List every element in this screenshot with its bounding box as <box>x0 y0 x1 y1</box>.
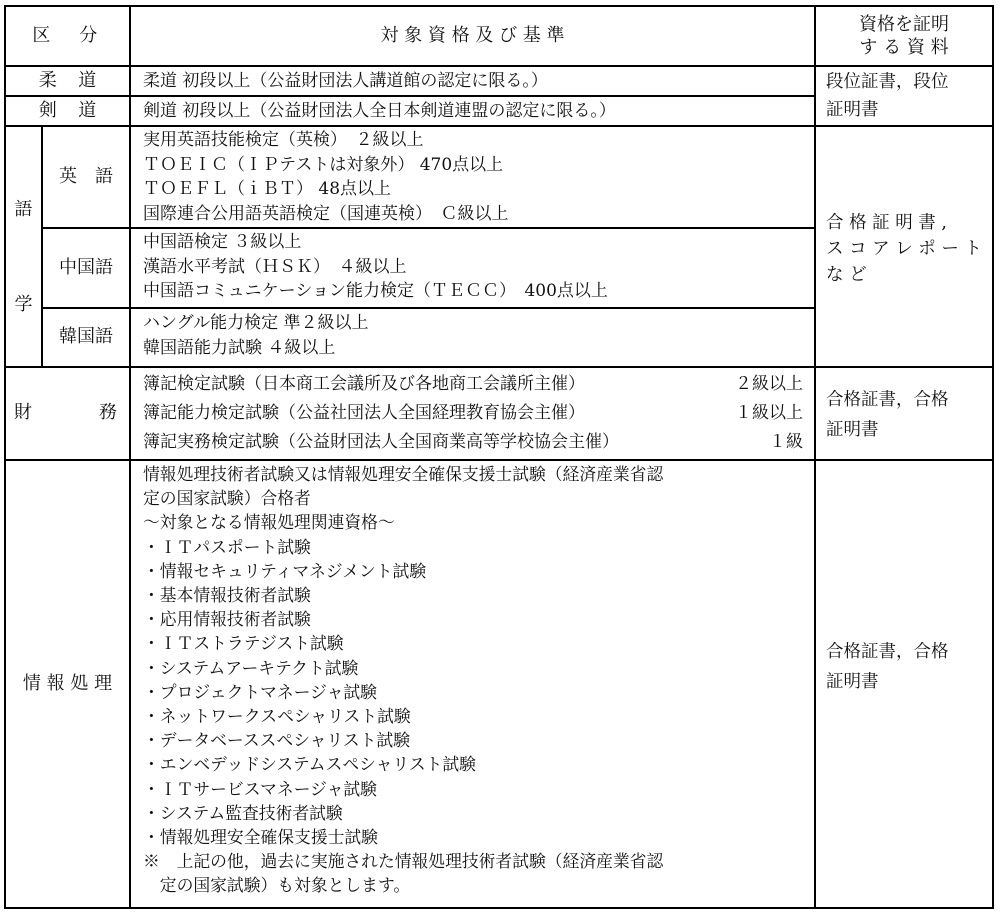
chinese-label: 中国語 <box>43 229 129 307</box>
it-category: 情 報 処 理 <box>6 461 129 907</box>
korean-criteria: ハングル能力検定 準２級以上 韓国語能力試験 ４級以上 <box>143 309 813 366</box>
martial-documents: 段位証書，段位 証明書 <box>826 68 992 125</box>
it-item: ・ネットワークスペシャリスト試験 <box>143 704 813 728</box>
finance-item-level: １級 <box>769 428 803 457</box>
english-item: ＴＯＥＦＬ（ｉＢＴ） 48点以上 <box>143 177 813 202</box>
it-item: ・応用情報技術者試験 <box>143 607 813 631</box>
judo-criteria-text: 柔道 初段以上（公益財団法人講道館の認定に限る。） <box>143 69 548 94</box>
english-label: 英 語 <box>43 127 129 227</box>
chinese-item: 中国語検定 ３級以上 <box>143 230 813 255</box>
it-intro-line1: 情報処理技術者試験又は情報処理安全確保支援士試験（経済産業省認 <box>143 462 813 486</box>
english-item: 国際連合公用語英語検定（国連英検） Ｃ級以上 <box>143 202 813 227</box>
header-documents-line2: す る 資 料 <box>859 36 948 59</box>
divider-col2 <box>814 5 816 909</box>
finance-criteria: 簿記検定試験（日本商工会議所及び各地商工会議所主催） ２級以上 簿記能力検定試験… <box>143 370 803 458</box>
english-criteria: 実用英語技能検定（英検） ２級以上 ＴＯＥＩＣ（ＩＰテストは対象外） 470点以… <box>143 127 813 227</box>
kendo-criteria-text: 剣道 初段以上（公益財団法人全日本剣道連盟の認定に限る。） <box>143 99 616 124</box>
it-documents-line2: 証明書 <box>826 667 992 697</box>
english-label-text: 英 語 <box>59 165 113 190</box>
it-documents: 合格証書，合格 証明書 <box>826 637 992 697</box>
finance-item-text: 簿記検定試験（日本商工会議所及び各地商工会議所主催） <box>143 370 585 399</box>
it-item: ・エンベデッドシステムスペシャリスト試験 <box>143 752 813 776</box>
chinese-criteria: 中国語検定 ３級以上 漢語水平考試（ＨＳＫ） ４級以上 中国語コミュニケーション… <box>143 229 813 307</box>
header-category: 区 分 <box>6 7 129 65</box>
divider-language <box>4 366 994 368</box>
korean-label-text: 韓国語 <box>59 325 113 350</box>
finance-documents-line1: 合格証書，合格 <box>826 385 992 415</box>
finance-documents-line2: 証明書 <box>826 415 992 445</box>
finance-item-level: ２級以上 <box>735 370 803 399</box>
language-category-a: 語 <box>15 198 33 223</box>
judo-criteria: 柔道 初段以上（公益財団法人講道館の認定に限る。） <box>143 67 813 95</box>
judo-category-b: 道 <box>78 69 96 94</box>
header-criteria: 対 象 資 格 及 び 基 準 <box>131 7 814 65</box>
finance-category-a: 財 <box>14 401 32 426</box>
finance-item-level: １級以上 <box>735 399 803 428</box>
it-item: ・ＩＴサービスマネージャ試験 <box>143 777 813 801</box>
language-documents-line2: ス コ ア レ ポ ー ト <box>826 236 992 262</box>
it-note-line2: 定の国家試験）も対象とします。 <box>143 873 813 897</box>
header-documents: 資格を証明 す る 資 料 <box>816 7 992 65</box>
judo-category: 柔 道 <box>6 67 129 95</box>
it-category-label: 情 報 処 理 <box>23 672 112 697</box>
finance-documents: 合格証書，合格 証明書 <box>826 385 992 445</box>
it-item: ・ＩＴパスポート試験 <box>143 535 813 559</box>
it-subheading: ～対象となる情報処理関連資格～ <box>143 510 813 534</box>
language-category-b: 学 <box>15 293 33 318</box>
language-category: 語 学 <box>6 127 41 367</box>
martial-documents-line2: 証明書 <box>826 96 992 124</box>
chinese-item: 漢語水平考試（ＨＳＫ） ４級以上 <box>143 255 813 280</box>
it-item: ・プロジェクトマネージャ試験 <box>143 680 813 704</box>
english-item: ＴＯＥＩＣ（ＩＰテストは対象外） 470点以上 <box>143 153 813 178</box>
it-item: ・データベーススペシャリスト試験 <box>143 728 813 752</box>
header-criteria-label: 対 象 資 格 及 び 基 準 <box>380 24 564 49</box>
it-intro-line2: 定の国家試験）合格者 <box>143 486 813 510</box>
kendo-category-b: 道 <box>78 99 96 124</box>
finance-item: 簿記実務検定試験（公益財団法人全国商業高等学校協会主催） １級 <box>143 428 803 457</box>
martial-documents-line1: 段位証書，段位 <box>826 68 992 96</box>
judo-category-a: 柔 <box>39 69 57 94</box>
korean-item: 韓国語能力試験 ４級以上 <box>143 336 813 361</box>
header-category-label: 区 分 <box>32 24 102 49</box>
finance-category: 財 務 <box>6 368 129 459</box>
it-item: ・システム監査技術者試験 <box>143 801 813 825</box>
korean-item: ハングル能力検定 準２級以上 <box>143 311 813 336</box>
english-item: 実用英語技能検定（英検） ２級以上 <box>143 128 813 153</box>
divider-col1 <box>129 5 131 909</box>
language-documents-line1: 合 格 証 明 書 , <box>826 210 992 236</box>
chinese-label-text: 中国語 <box>59 256 113 281</box>
finance-item-text: 簿記能力検定試験（公益社団法人全国経理教育協会主催） <box>143 399 585 428</box>
it-documents-line1: 合格証書，合格 <box>826 637 992 667</box>
it-item: ・システムアーキテクト試験 <box>143 656 813 680</box>
divider-finance <box>4 459 994 461</box>
it-item: ・基本情報技術者試験 <box>143 583 813 607</box>
it-criteria: 情報処理技術者試験又は情報処理安全確保支援士試験（経済産業省認 定の国家試験）合… <box>143 462 813 908</box>
kendo-category-a: 剣 <box>39 99 57 124</box>
kendo-criteria: 剣道 初段以上（公益財団法人全日本剣道連盟の認定に限る。） <box>143 97 813 125</box>
it-note-line1: ※ 上記の他，過去に実施された情報処理技術者試験（経済産業省認 <box>143 849 813 873</box>
korean-label: 韓国語 <box>43 309 129 366</box>
language-documents: 合 格 証 明 書 , ス コ ア レ ポ ー ト な ど <box>826 210 992 290</box>
finance-item: 簿記能力検定試験（公益社団法人全国経理教育協会主催） １級以上 <box>143 399 803 428</box>
it-item: ・ＩＴストラテジスト試験 <box>143 631 813 655</box>
language-documents-line3: な ど <box>826 262 992 288</box>
chinese-item: 中国語コミュニケーション能力検定（ＴＥＣＣ） 400点以上 <box>143 279 813 304</box>
it-item: ・情報処理安全確保支援士試験 <box>143 825 813 849</box>
it-item: ・情報セキュリティマネジメント試験 <box>143 559 813 583</box>
header-documents-line1: 資格を証明 <box>859 13 949 36</box>
finance-item: 簿記検定試験（日本商工会議所及び各地商工会議所主催） ２級以上 <box>143 370 803 399</box>
kendo-category: 剣 道 <box>6 97 129 125</box>
finance-item-text: 簿記実務検定試験（公益財団法人全国商業高等学校協会主催） <box>143 428 619 457</box>
finance-category-b: 務 <box>99 401 117 426</box>
